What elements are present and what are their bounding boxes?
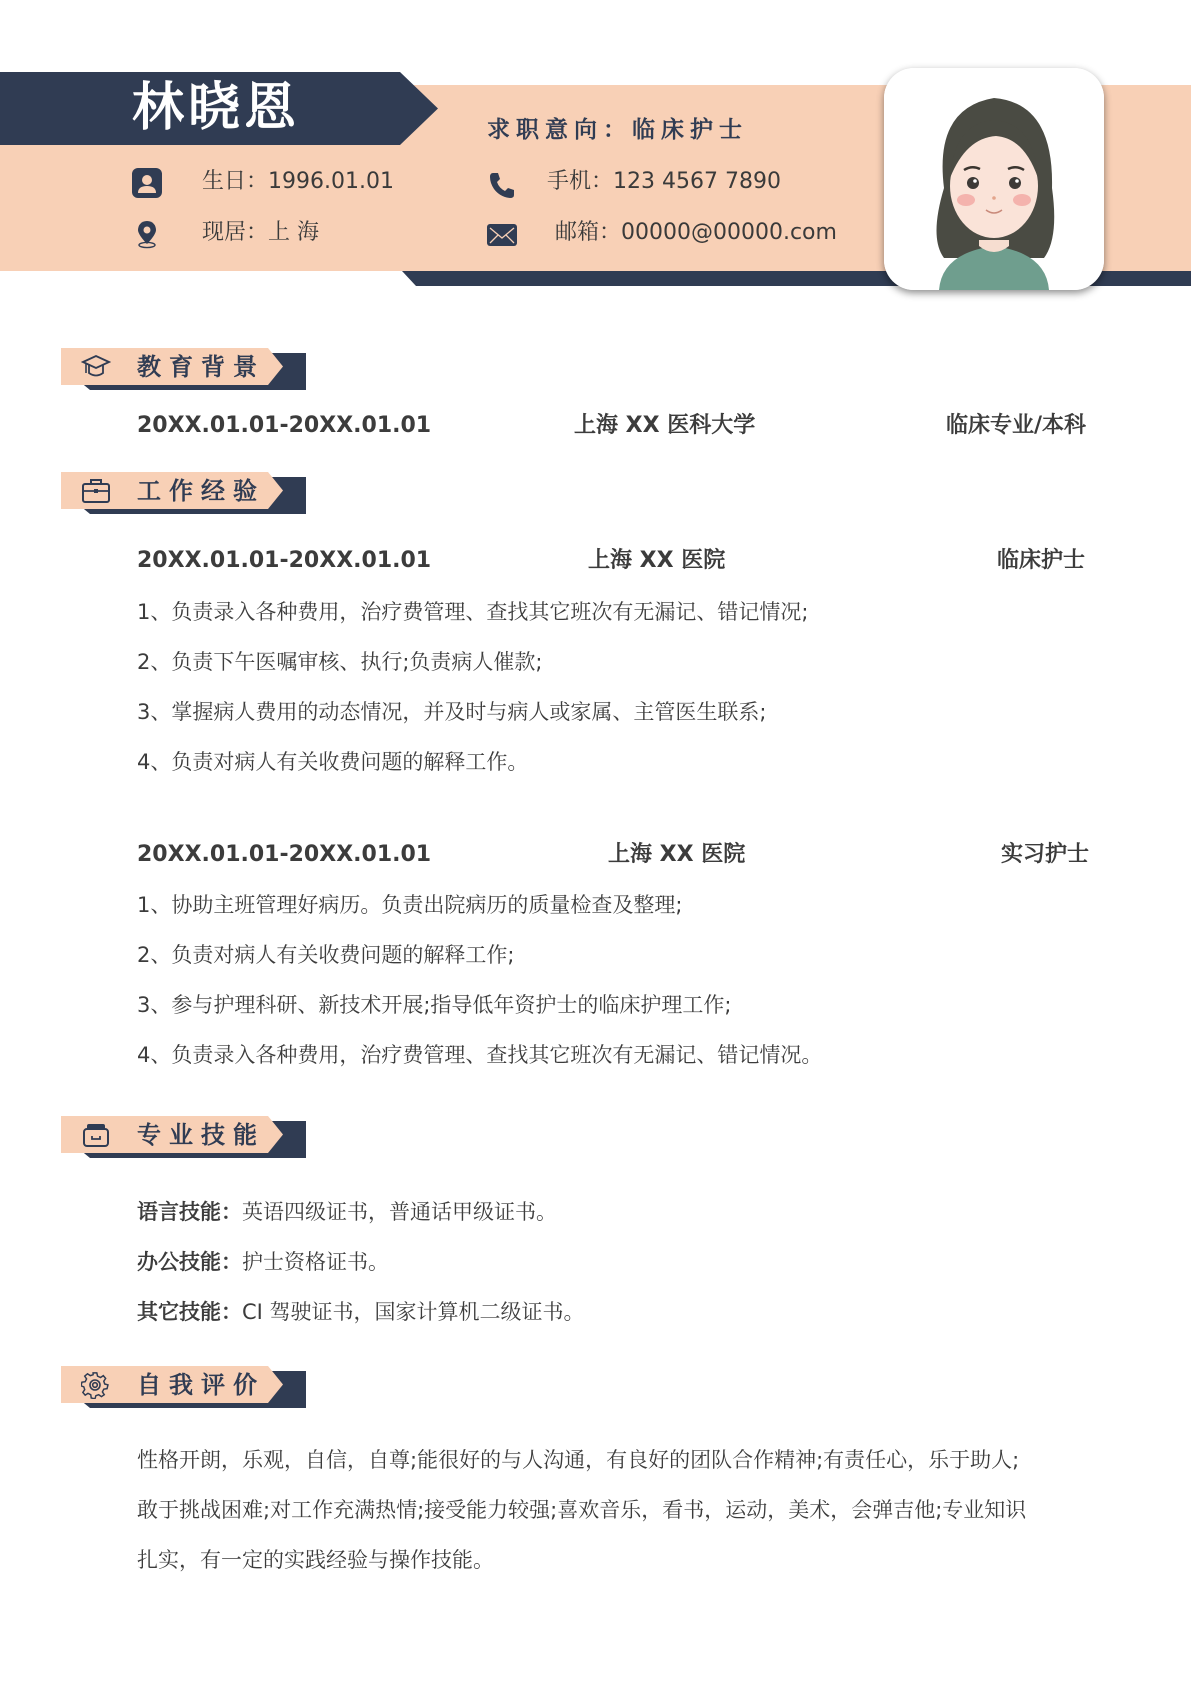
- skill-item: 其它技能：CI 驾驶证书，国家计算机二级证书。: [137, 1297, 585, 1327]
- section-header-education: 教育背景: [61, 348, 306, 390]
- phone-icon: [487, 170, 517, 200]
- skill-value: 英语四级证书，普通话甲级证书。: [242, 1200, 557, 1224]
- work-duty: 4、负责对病人有关收费问题的解释工作。: [137, 747, 528, 777]
- work-duty: 2、负责下午医嘱审核、执行;负责病人催款;: [137, 647, 543, 677]
- education-period: 20XX.01.01-20XX.01.01: [137, 411, 431, 441]
- skill-item: 办公技能：护士资格证书。: [137, 1247, 389, 1277]
- skill-value: 护士资格证书。: [242, 1250, 389, 1274]
- cartoon-avatar-illustration: [884, 68, 1104, 290]
- section-title-education: 教育背景: [137, 351, 265, 383]
- section-header-skills: 专业技能: [61, 1116, 306, 1158]
- self-eval-line: 敢于挑战困难;对工作充满热情;接受能力较强;喜欢音乐，看书，运动，美术，会弹吉他…: [137, 1495, 1026, 1525]
- education-major: 临床专业/本科: [946, 411, 1086, 441]
- phone-text: 手机：123 4567 7890: [547, 168, 781, 196]
- work-duty: 1、协助主班管理好病历。负责出院病历的质量检查及整理;: [137, 890, 682, 920]
- work-org: 上海 XX 医院: [608, 840, 745, 870]
- work-role: 实习护士: [1001, 840, 1089, 870]
- work-role: 临床护士: [997, 546, 1085, 576]
- work-period: 20XX.01.01-20XX.01.01: [137, 546, 431, 576]
- job-intent-value: 临床护士: [632, 117, 748, 143]
- work-duty: 3、掌握病人费用的动态情况，并及时与病人或家属、主管医生联系;: [137, 697, 766, 727]
- work-duty: 2、负责对病人有关收费问题的解释工作;: [137, 940, 514, 970]
- work-org: 上海 XX 医院: [588, 546, 725, 576]
- residence-text: 现居：上 海: [202, 219, 319, 247]
- skill-label: 办公技能：: [137, 1250, 242, 1274]
- candidate-name: 林晓恩: [132, 76, 300, 140]
- email-text: 邮箱：00000@00000.com: [555, 219, 837, 247]
- avatar: [884, 68, 1104, 290]
- work-period: 20XX.01.01-20XX.01.01: [137, 840, 431, 870]
- job-intent: 求职意向：临床护士: [487, 116, 748, 144]
- work-duty: 4、负责录入各种费用，治疗费管理、查找其它班次有无漏记、错记情况。: [137, 1040, 822, 1070]
- skill-label: 其它技能：: [137, 1300, 242, 1324]
- briefcase-icon: [81, 477, 111, 505]
- work-duty: 1、负责录入各种费用，治疗费管理、查找其它班次有无漏记、错记情况;: [137, 597, 808, 627]
- section-title-skills: 专业技能: [137, 1119, 265, 1151]
- job-intent-label: 求职意向：: [487, 117, 632, 143]
- section-header-work: 工作经验: [61, 472, 306, 514]
- self-eval-line: 扎实，有一定的实践经验与操作技能。: [137, 1545, 494, 1575]
- location-pin-icon: [132, 219, 162, 249]
- graduation-cap-icon: [81, 353, 111, 381]
- work-duty: 3、参与护理科研、新技术开展;指导低年资护士的临床护理工作;: [137, 990, 732, 1020]
- skill-label: 语言技能：: [137, 1200, 242, 1224]
- skill-value: CI 驾驶证书，国家计算机二级证书。: [242, 1300, 585, 1324]
- skill-item: 语言技能：英语四级证书，普通话甲级证书。: [137, 1197, 557, 1227]
- person-card-icon: [132, 168, 162, 198]
- birthday-text: 生日：1996.01.01: [202, 168, 394, 196]
- toolbox-icon: [81, 1121, 111, 1149]
- section-header-self-eval: 自我评价: [61, 1366, 306, 1408]
- gear-icon: [81, 1371, 111, 1399]
- self-eval-line: 性格开朗，乐观，自信，自尊;能很好的与人沟通，有良好的团队合作精神;有责任心，乐…: [137, 1445, 1019, 1475]
- section-title-self-eval: 自我评价: [137, 1369, 265, 1401]
- envelope-icon: [487, 220, 517, 250]
- education-school: 上海 XX 医科大学: [574, 411, 755, 441]
- section-title-work: 工作经验: [137, 475, 265, 507]
